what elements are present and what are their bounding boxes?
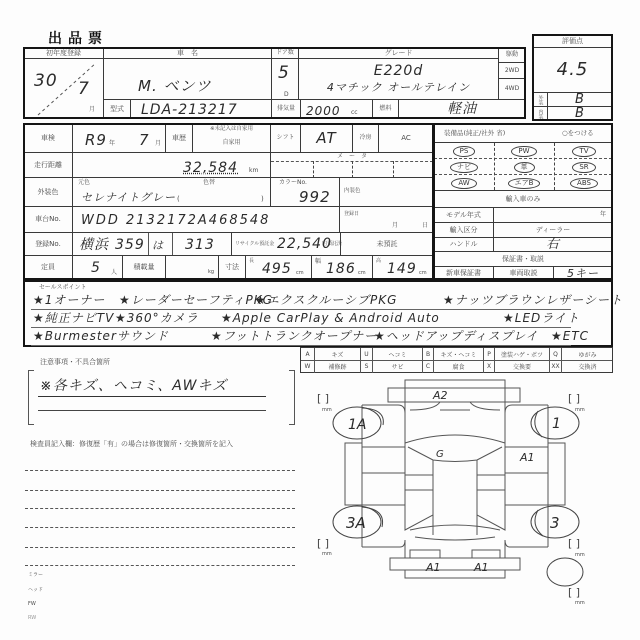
shift-cell: AT xyxy=(300,123,353,153)
keys-cell: 5キー xyxy=(553,266,613,280)
history-value: 自家用 xyxy=(193,140,270,146)
registration-class: 359 xyxy=(115,238,145,252)
inspector-line xyxy=(25,470,295,471)
aircon-value: AC xyxy=(401,135,411,142)
original-color-label: 元色 xyxy=(78,180,90,186)
keys-value: 5キー xyxy=(567,268,599,279)
inspector-line xyxy=(25,508,295,509)
manual-label: 車両取説 xyxy=(510,270,538,277)
interior-grade-label: 内装 xyxy=(538,109,543,119)
damage-legend: A キズ U ヘコミ B キズ・ヘコミ P 塗装ハゲ・ボツ Q ゆがみ W 補修… xyxy=(300,347,613,373)
score-value: 4.5 xyxy=(557,61,589,79)
legend-code: C xyxy=(423,360,434,373)
sales-points-label: セールスポイント xyxy=(39,285,86,291)
manual-cell: 車両取説 xyxy=(493,266,554,280)
first-registration-year: 30 xyxy=(34,73,58,90)
car-damage-diagram: A2 G A1 1A 1 3A 3 A1 A1 [ ] mm [ ] mm [ … xyxy=(300,375,640,640)
sales-point: ★エクスクルーシブPKG xyxy=(255,294,397,306)
equipment-item: ABS xyxy=(554,177,614,189)
chassis-no-value: WDD 2132172A468548 xyxy=(81,214,270,227)
equipment-abs: ABS xyxy=(570,178,598,189)
drive-label: 駆動 xyxy=(506,52,518,58)
handle-value: 右 xyxy=(546,238,560,251)
history-note: ※未記入は自家用 xyxy=(193,127,270,133)
displacement-cell: 2000 cc xyxy=(300,99,373,119)
legend-desc: サビ xyxy=(373,360,423,373)
mm-rr: mm xyxy=(575,552,585,558)
length-unit: cm xyxy=(296,271,304,276)
equipment-item: 革 xyxy=(494,161,554,173)
shift-value: AT xyxy=(316,131,336,146)
equipment-item: SR xyxy=(554,161,614,173)
model-code-cell: LDA-213217 xyxy=(130,99,272,119)
notes-bracket-right xyxy=(289,370,295,425)
recycle-label: リサイクル預託金 xyxy=(235,242,274,247)
equipment-note: ○をつける xyxy=(562,130,594,137)
chassis-no-label: 車台No. xyxy=(35,216,61,223)
height-unit: cm xyxy=(419,271,427,276)
length-value: 495 xyxy=(262,262,292,276)
mark-front-bumper: A2 xyxy=(432,389,448,402)
sales-point: ★Burmesterサウンド xyxy=(33,330,169,342)
registration-no-label-cell: 登録No. xyxy=(23,232,73,256)
sales-line-2-underline xyxy=(31,327,571,328)
sales-point: ★ナッツブラウンレザーシート xyxy=(443,294,623,306)
displacement-unit: cc xyxy=(351,110,358,116)
interior-color-label: 内装色 xyxy=(344,189,361,195)
paren-close: ) xyxy=(261,196,264,203)
height-label: 高 xyxy=(376,259,381,264)
sales-point: ★Apple CarPlay & Android Auto xyxy=(221,312,440,324)
sales-point: ★LEDライト xyxy=(503,312,580,324)
import-header-label: 輸入車のみ xyxy=(506,196,541,203)
equipment-item: AW xyxy=(434,177,494,189)
date-cell: 登録日 月 日 xyxy=(339,206,434,233)
car-name-label: 車 名 xyxy=(177,50,198,57)
exterior-grade-label-cell: 外装 xyxy=(532,92,548,107)
inspection-year: R9 xyxy=(85,133,107,148)
equipment-tv: TV xyxy=(572,146,595,157)
equipment-row-sep-2 xyxy=(434,174,612,175)
meter-sep-3 xyxy=(393,161,394,178)
sales-point: ★ETC xyxy=(551,330,589,342)
inspection-month-unit: 月 xyxy=(155,141,161,147)
model-year-cell: 年 xyxy=(493,207,613,223)
mm-fr: mm xyxy=(575,407,585,413)
displacement-value: 2000 xyxy=(306,105,341,117)
inspector-line xyxy=(25,527,295,528)
first-registration-cell: 30 7 月 xyxy=(23,58,104,119)
color-no-value: 992 xyxy=(299,190,331,205)
sales-point: ★360°カメラ xyxy=(115,312,199,324)
spare-tire-icon xyxy=(547,558,583,586)
import-type-value: ディーラー xyxy=(536,227,570,234)
grade-cell: E220d 4マチック オールテレイン xyxy=(298,58,499,100)
score-cell: 4.5 xyxy=(532,47,613,93)
bracket-spare: [ ] xyxy=(568,586,580,599)
registration-no-label: 登録No. xyxy=(35,241,61,248)
damage-marks: A2 G A1 1A 1 3A 3 A1 A1 xyxy=(346,389,561,574)
score-header: 評価点 xyxy=(532,34,613,48)
history-cell: ※未記入は自家用 自家用 xyxy=(192,123,271,153)
exterior-grade-label: 外装 xyxy=(538,95,543,105)
exterior-grade-value: B xyxy=(575,93,585,106)
notes-underline-1 xyxy=(38,396,266,397)
sales-point: ★レーダーセーフティPKG xyxy=(119,294,273,306)
shift-label-cell: シフト xyxy=(270,123,301,153)
drive-4wd: 4WD xyxy=(498,78,526,100)
legend-code: X xyxy=(484,360,495,373)
model-year-unit: 年 xyxy=(600,212,606,218)
inspection-month: 7 xyxy=(139,133,150,148)
exterior-color-label: 外装色 xyxy=(38,189,59,196)
sales-point: ★1オーナー xyxy=(33,294,105,306)
mileage-label-cell: 走行距離 xyxy=(23,152,73,178)
meter-cell: メ ー タ xyxy=(270,152,434,178)
legend-code: XX xyxy=(550,360,562,373)
equipment-header-label: 装備品(純正/社外 省) xyxy=(444,130,505,137)
doors-unit: D xyxy=(284,92,289,98)
tires xyxy=(333,407,583,586)
meter-sep-2 xyxy=(352,161,353,178)
displacement-label-cell: 排気量 xyxy=(271,99,301,119)
chassis-no-cell: WDD 2132172A468548 xyxy=(72,206,340,233)
recycle-unpaid-label: 未預託 xyxy=(377,241,398,248)
capacity-label: 定員 xyxy=(41,264,55,271)
interior-color-cell: 内装色 xyxy=(339,177,434,207)
doors-label: ドア数 xyxy=(276,50,294,56)
paren-open: ( xyxy=(177,196,180,203)
fuel-cell: 軽油 xyxy=(398,99,526,119)
history-label-cell: 車歴 xyxy=(165,123,193,153)
sales-line-1-underline xyxy=(31,309,571,310)
side-label-head: ヘッド xyxy=(28,588,43,593)
equipment-pw: PW xyxy=(511,146,536,157)
equipment-airbag: エアB xyxy=(508,178,541,189)
bracket-rl: [ ] xyxy=(317,537,329,550)
mark-front-right-tire: 1 xyxy=(552,416,561,432)
load-label-cell: 積載量 xyxy=(122,255,166,280)
handle-cell: 右 xyxy=(493,237,613,252)
doors-cell: 5 D xyxy=(271,58,299,100)
shift-label: シフト xyxy=(276,135,294,141)
aircon-cell: AC xyxy=(378,123,434,153)
mileage-value: 32,584 xyxy=(183,161,238,175)
aircon-label-cell: 冷房 xyxy=(352,123,379,153)
drive-2wd-label: 2WD xyxy=(505,68,519,74)
notes-bracket-left xyxy=(28,370,34,425)
interior-grade-label-cell: 内装 xyxy=(532,106,548,121)
mark-front-left-tire: 1A xyxy=(348,417,366,433)
mark-rear-bumper-left: A1 xyxy=(425,561,441,574)
fuel-label-cell: 燃料 xyxy=(372,99,399,119)
accessories-header: 保証書・取説 xyxy=(433,251,613,267)
mm-fl: mm xyxy=(322,407,332,413)
mileage-unit: km xyxy=(249,168,258,174)
width-unit: cm xyxy=(358,271,366,276)
equipment-item: PW xyxy=(494,145,554,157)
equipment-grid: PS PW TV ナビ 革 SR AW エアB ABS xyxy=(433,142,613,191)
width-label: 幅 xyxy=(315,259,321,265)
interior-grade-cell: B xyxy=(547,106,613,121)
score-label: 評価点 xyxy=(562,38,583,45)
mark-rear-bumper-right: A1 xyxy=(473,561,489,574)
bracket-fl: [ ] xyxy=(317,392,329,405)
recycle-status: 円預託済 xyxy=(322,242,342,247)
dimensions-label-cell: 寸法 xyxy=(218,255,246,280)
displacement-label: 排気量 xyxy=(277,106,295,112)
load-cell: kg xyxy=(165,255,219,280)
handle-label-cell: ハンドル xyxy=(433,237,494,252)
bracket-rr: [ ] xyxy=(568,537,580,550)
equipment-item: PS xyxy=(434,145,494,157)
mileage-label: 走行距離 xyxy=(34,162,62,169)
width-cell: 幅 186 cm xyxy=(311,255,373,280)
inspection-label-cell: 車検 xyxy=(23,123,73,153)
registration-area: 横浜 xyxy=(79,238,109,252)
recycle-unpaid-cell: 未預託 xyxy=(340,232,434,256)
height-cell: 高 149 cm xyxy=(372,255,434,280)
equipment-aw: AW xyxy=(451,178,476,189)
fuel-label: 燃料 xyxy=(379,106,391,112)
accessories-header-label: 保証書・取説 xyxy=(502,256,544,263)
drive-header: 駆動 xyxy=(498,47,526,63)
form-title: 出品票 xyxy=(48,32,108,46)
notes-text: ※各キズ、ヘコミ、AWキズ xyxy=(40,379,227,393)
inspector-line xyxy=(25,565,295,566)
mark-right-front-fender: A1 xyxy=(519,451,535,464)
capacity-unit: 人 xyxy=(111,270,117,276)
dimensions-label: 寸法 xyxy=(225,264,239,271)
capacity-value: 5 xyxy=(91,261,101,275)
equipment-header: 装備品(純正/社外 省) ○をつける xyxy=(433,123,613,143)
legend-desc: 補修跡 xyxy=(315,360,361,373)
inspector-line xyxy=(25,547,295,548)
mark-rear-right-tire: 3 xyxy=(550,514,560,532)
grade-label: グレード xyxy=(385,50,413,57)
meter-sep-1 xyxy=(313,161,314,178)
sales-point: ★純正ナビTV xyxy=(33,312,114,324)
grade-line2: 4マチック オールテレイン xyxy=(299,82,498,93)
handle-label: ハンドル xyxy=(450,241,478,248)
registration-sep-1 xyxy=(148,233,149,255)
inspection-cell: R9 年 7 月 xyxy=(72,123,166,153)
equipment-ps: PS xyxy=(453,146,476,157)
equipment-leather: 革 xyxy=(514,162,535,173)
warranty-cell: 新車保証書 xyxy=(433,266,494,280)
inspector-line xyxy=(25,490,295,491)
doors-value: 5 xyxy=(278,65,290,82)
equipment-item: ナビ xyxy=(434,161,494,173)
mark-rear-left-tire: 3A xyxy=(346,514,366,532)
date-day-unit: 日 xyxy=(422,223,428,229)
legend-desc: 交換要 xyxy=(495,360,550,373)
side-label-fw: FW xyxy=(28,602,36,607)
mileage-cell: 32,584 km xyxy=(72,152,271,178)
equipment-item: エアB xyxy=(494,177,554,189)
notes-underline-2 xyxy=(38,410,266,411)
model-code-label: 型式 xyxy=(110,106,124,113)
color-change-label: 色替 xyxy=(203,180,215,186)
mark-windshield: G xyxy=(436,449,444,460)
exterior-color-label-cell: 外装色 xyxy=(23,177,73,207)
exterior-grade-cell: B xyxy=(547,92,613,107)
color-no-label: カラーNo. xyxy=(279,180,307,186)
load-label: 積載量 xyxy=(134,264,155,271)
legend-code: W xyxy=(301,360,315,373)
car-name-cell: M. ベンツ xyxy=(103,58,272,100)
chassis-no-label-cell: 車台No. xyxy=(23,206,73,233)
legend-desc: 交換済 xyxy=(562,360,613,373)
bracket-fr: [ ] xyxy=(568,392,580,405)
month-unit: 月 xyxy=(89,107,95,113)
original-color-value: セレナイトグレー xyxy=(81,192,176,203)
car-name-value: M. ベンツ xyxy=(138,79,211,94)
side-label-rw: RW xyxy=(28,616,36,621)
import-header: 輸入車のみ xyxy=(433,190,613,208)
drive-4wd-label: 4WD xyxy=(505,86,519,92)
width-value: 186 xyxy=(326,262,356,276)
model-year-label: モデル年式 xyxy=(446,212,481,219)
equipment-sunroof: SR xyxy=(572,162,595,173)
inspection-year-unit: 年 xyxy=(109,141,115,147)
length-label: 長 xyxy=(249,259,254,264)
import-type-label: 輸入区分 xyxy=(450,227,478,234)
legend-desc: 腐食 xyxy=(434,360,484,373)
date-month-unit: 月 xyxy=(392,223,398,229)
car-outline xyxy=(345,380,565,578)
legend-code: S xyxy=(361,360,373,373)
capacity-label-cell: 定員 xyxy=(23,255,73,280)
side-label-mirror: ミラー xyxy=(28,573,43,578)
inspection-label: 車検 xyxy=(41,135,55,142)
fuel-value: 軽油 xyxy=(447,102,477,116)
sales-points-box: セールスポイント ★1オーナー ★レーダーセーフティPKG ★エクスクルーシブP… xyxy=(23,280,613,347)
registration-kana: は xyxy=(152,240,164,251)
model-code-value: LDA-213217 xyxy=(141,103,238,117)
sales-line-3-underline xyxy=(31,345,571,346)
registration-sep-2 xyxy=(172,233,173,255)
date-label: 登録日 xyxy=(344,212,359,217)
meter-label: メ ー タ xyxy=(271,154,433,160)
sales-point: ★ヘッドアップディスプレイ xyxy=(374,330,539,342)
sales-point: ★フットトランクオープナー xyxy=(211,330,377,342)
capacity-cell: 5 人 xyxy=(72,255,123,280)
mm-rl: mm xyxy=(322,551,332,557)
model-year-label-cell: モデル年式 xyxy=(433,207,494,223)
import-type-cell: ディーラー xyxy=(493,222,613,238)
import-type-label-cell: 輸入区分 xyxy=(433,222,494,238)
warranty-label: 新車保証書 xyxy=(446,270,481,277)
interior-grade-value: B xyxy=(575,107,585,120)
equipment-item: TV xyxy=(554,145,614,157)
first-registration-month: 7 xyxy=(78,81,90,98)
mm-spare: mm xyxy=(575,600,585,606)
load-unit: kg xyxy=(208,270,214,275)
grade-line1: E220d xyxy=(299,64,498,78)
first-registration-label: 初年度登録 xyxy=(46,50,81,57)
length-cell: 長 495 cm xyxy=(245,255,312,280)
history-label: 車歴 xyxy=(172,135,186,142)
exterior-color-cell: 元色 色替 セレナイトグレー ( ) xyxy=(72,177,271,207)
equipment-row-sep-1 xyxy=(434,158,612,159)
recycle-cell: リサイクル預託金 22,540 円預託済 xyxy=(231,232,341,256)
notes-label: 注意事項・不具合箇所 xyxy=(40,359,110,366)
equipment-navi: ナビ xyxy=(450,162,478,173)
registration-no-cell: 横浜 359 は 313 xyxy=(72,232,232,256)
aircon-label: 冷房 xyxy=(359,135,371,141)
registration-number: 313 xyxy=(185,238,215,252)
color-no-cell: カラーNo. 992 xyxy=(270,177,340,207)
inspector-label: 検査員記入欄：修復歴「有」の場合は修復箇所・交換箇所を記入 xyxy=(30,441,233,448)
model-code-label-cell: 型式 xyxy=(103,99,131,119)
drive-2wd: 2WD xyxy=(498,62,526,79)
height-value: 149 xyxy=(387,262,417,276)
